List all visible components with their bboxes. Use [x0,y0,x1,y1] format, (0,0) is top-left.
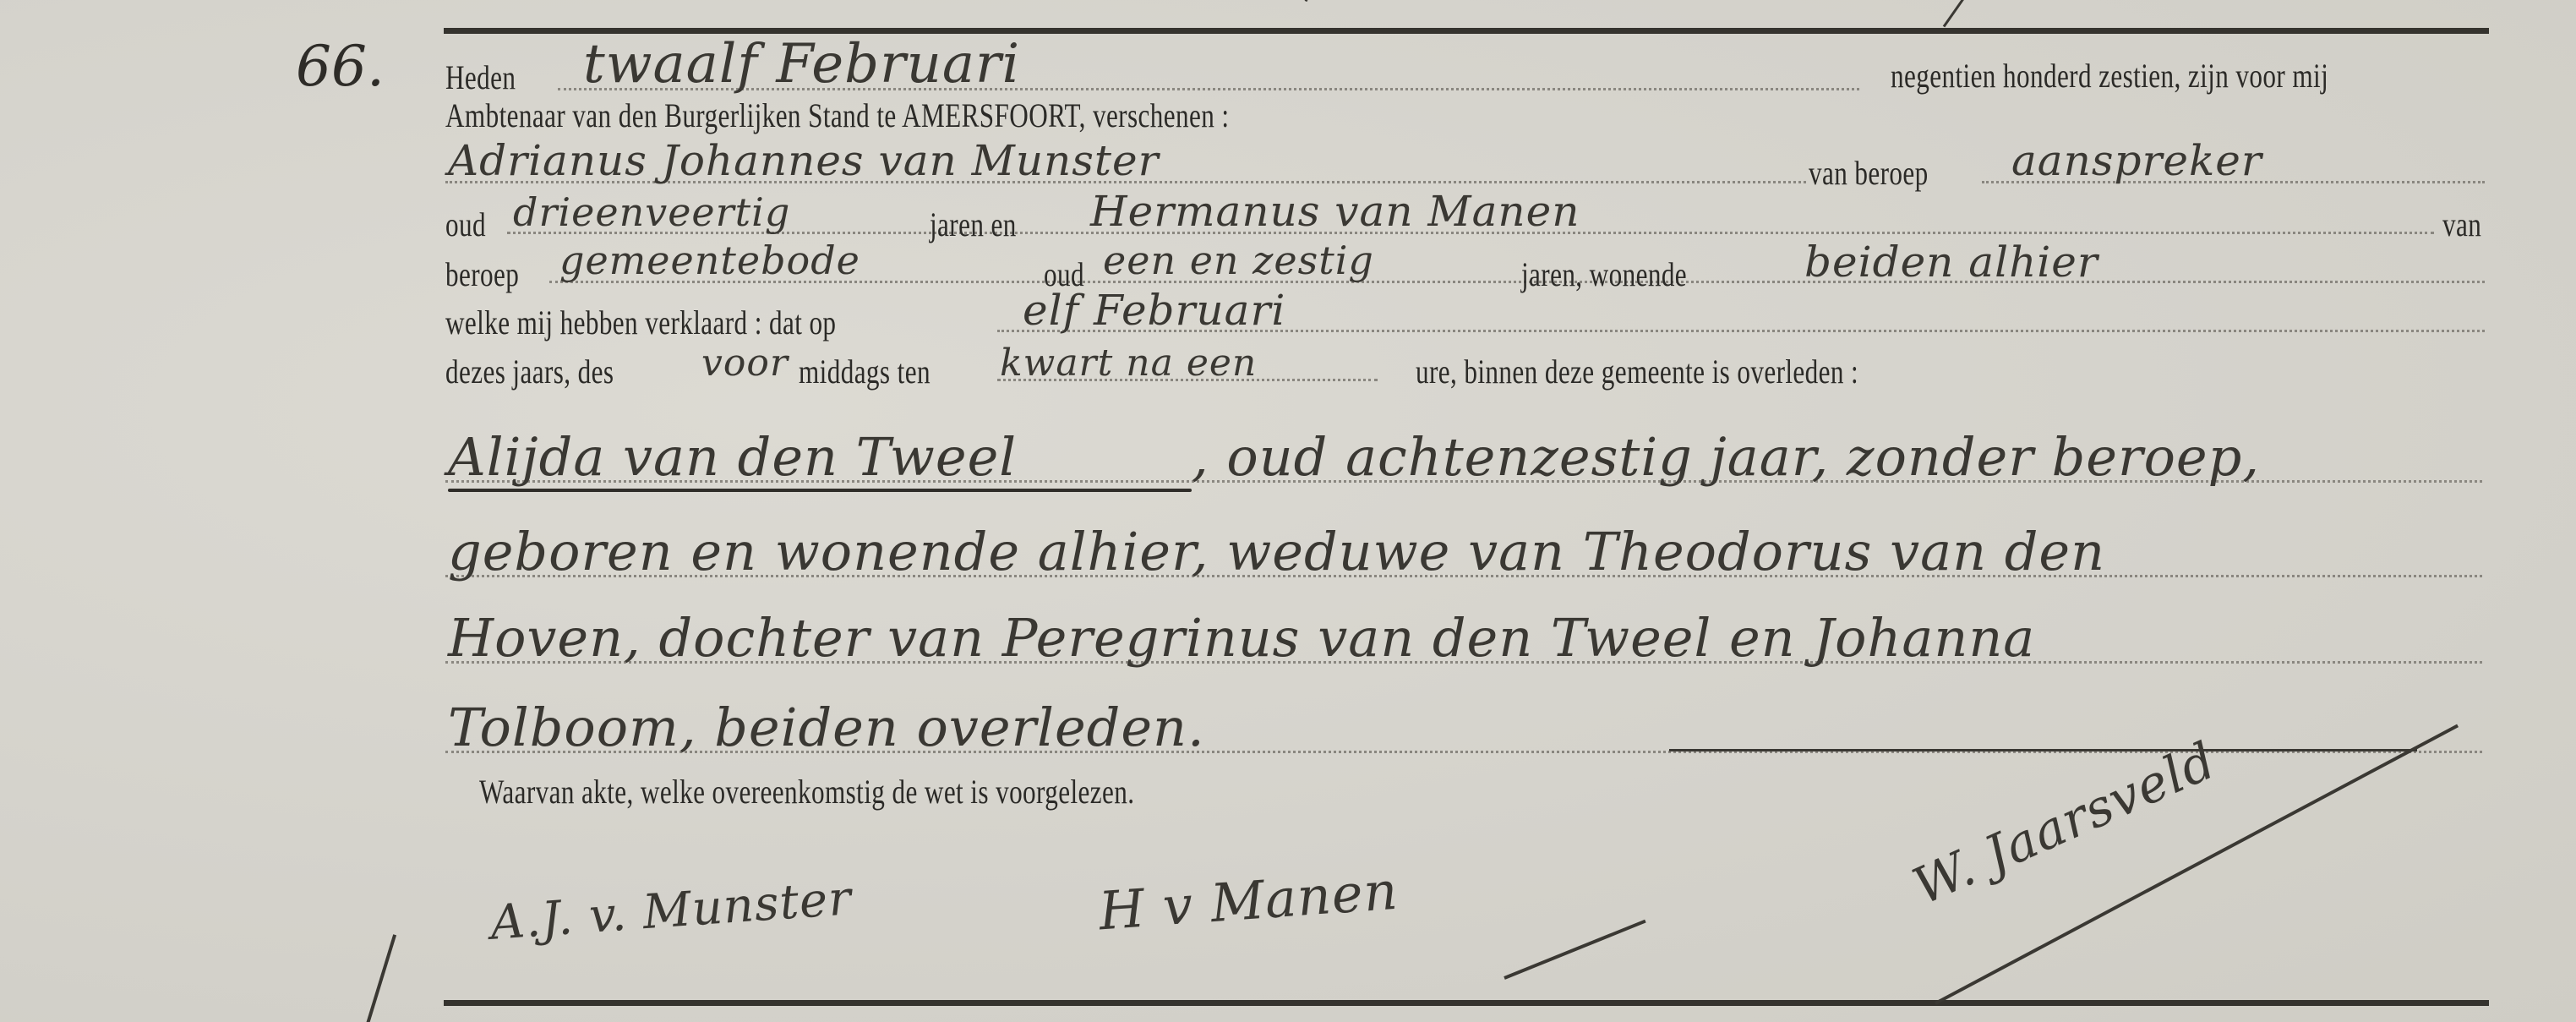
entry-number: 66. [296,34,385,99]
hand-death-date: elf Februari [1023,289,1285,331]
hand-occupation1: aanspreker [2011,139,2262,182]
print-beroep: beroep [445,258,519,292]
print-year: negentien honderd zestien, zijn voor mij [1891,59,2328,93]
hand-registration-date: twaalf Februari [583,37,1020,91]
print-ure: ure, binnen deze gemeente is overleden : [1416,355,1858,389]
print-heden: Heden [445,61,516,95]
hand-voor: voor [701,345,789,382]
pen-stroke-decorative [1305,0,1322,2]
hand-age2: een en zestig [1103,241,1374,280]
hand-declarant1-name: Adrianus Johannes van Munster [448,139,1159,182]
hand-occupation2: gemeentebode [559,241,860,280]
print-middags: middags ten [799,355,931,389]
civil-registry-page: 66. Heden twaalf Februari negentien hond… [0,0,2576,1022]
print-jaren-wonende: jaren, wonende [1521,258,1687,292]
hand-body-line2: geboren en wonende alhier, weduwe van Th… [448,526,2105,578]
signature-flourish [1504,920,1645,980]
print-oud: oud [445,208,486,242]
signature-declarant1: A.J. v. Munster [489,875,854,948]
print-closing: Waarvan akte, welke overeenkomstig de we… [479,775,1134,809]
hand-residence: beiden alhier [1804,241,2098,283]
pen-stroke-decorative [1943,0,1979,27]
hand-body-line1-rest: , oud achtenzestig jaar, zonder beroep, [1192,431,2260,484]
print-jaren-en: jaren en [930,208,1017,242]
print-ambtenaar: Ambtenaar van den Burgerlijken Stand te … [445,99,1229,133]
print-van-beroep: van beroep [1809,156,1929,190]
bottom-separator-rule [444,1000,2489,1006]
hand-body-line3: Hoven, dochter van Peregrinus van den Tw… [448,612,2035,664]
hand-age1: drieenveertig [513,193,790,232]
signature-declarant2: H v Manen [1097,865,1400,938]
closing-line-stroke [1669,749,2417,751]
print-welke: welke mij hebben verklaard : dat op [445,306,836,340]
hand-declarant2-name: Hermanus van Manen [1090,190,1580,232]
print-dezes: dezes jaars, des [445,355,614,389]
signature-official: W. Jaarsveld [1907,735,2224,913]
pen-stroke-decorative [366,934,396,1022]
print-van: van [2442,208,2481,242]
hand-body-line4: Tolboom, beiden overleden. [448,702,1205,754]
deceased-name-underline [448,489,1192,492]
hand-deceased-name: Alijda van den Tweel [448,431,1017,484]
hand-time: kwart na een [1000,345,1257,382]
